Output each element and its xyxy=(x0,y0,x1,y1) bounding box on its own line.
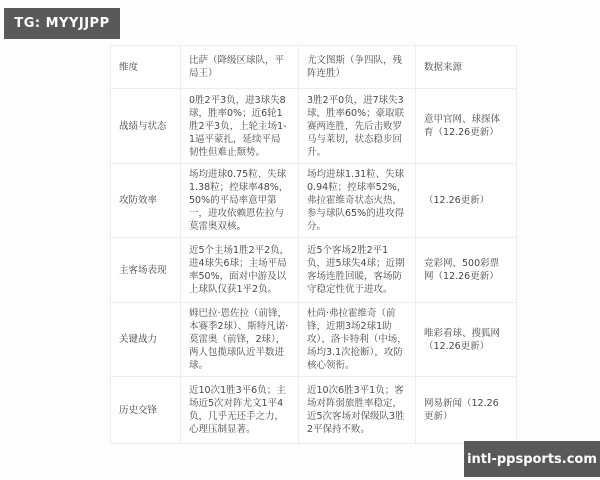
table-row-attack-defense: 攻防效率 场均进球0.75粒、失球1.38粒；控球率48%，50%的平局率意甲第… xyxy=(111,164,517,238)
header-dimension: 维度 xyxy=(111,46,181,89)
table-row-key-players: 关键战力 姆巴拉·恩佐拉（前锋，本赛季2球）、斯特凡诺·莫雷奥（前锋，2球），两… xyxy=(111,303,517,377)
juventus-home-away-cell: 近5个客场2胜2平1负，进5球失4球；近期客场连胜回暖，客场防守稳定性优于进攻。 xyxy=(299,238,416,303)
juventus-key-players-cell: 杜尚·弗拉霍维奇（前锋，近期3场2球1助攻）、洛卡特利（中场，场均3.1次抢断）… xyxy=(299,303,416,377)
table-row-record-status: 战绩与状态 0胜2平3负，进3球失8球，胜率0%；近6轮1胜2平3负，上轮主场1… xyxy=(111,89,517,164)
pisa-home-away-cell: 近5个主场1胜2平2负，进4球失6球；主场平局率50%，面对中游及以上球队仅获1… xyxy=(181,238,299,303)
pisa-head-to-head-cell: 近10次1胜3平6负；主场近5次对阵尤文1平4负，几乎无还手之力，心理压制显著。 xyxy=(181,377,299,444)
source-home-away-cell: 竞彩网、500彩票网（12.26更新） xyxy=(416,238,517,303)
row-label-key-players: 关键战力 xyxy=(111,303,181,377)
juventus-head-to-head-cell: 近10次6胜3平1负；客场对阵弱旅胜率稳定，近5次客场对保级队3胜2平保持不败。 xyxy=(299,377,416,444)
table-row-head-to-head: 历史交锋 近10次1胜3平6负；主场近5次对阵尤文1平4负，几乎无还手之力，心理… xyxy=(111,377,517,444)
pisa-attack-defense-cell: 场均进球0.75粒、失球1.38粒；控球率48%，50%的平局率意甲第一，进攻依… xyxy=(181,164,299,238)
juventus-attack-defense-cell: 场均进球1.31粒、失球0.94粒；控球率52%，弗拉霍维奇状态火热，参与球队6… xyxy=(299,164,416,238)
source-record-status-cell: 意甲官网、球探体育（12.26更新） xyxy=(416,89,517,164)
watermark-badge: intl-ppsports.com xyxy=(464,441,600,477)
source-head-to-head-cell: 网易新闻（12.26更新） xyxy=(416,377,517,444)
tg-badge: TG: MYYJJPP xyxy=(4,8,120,39)
source-key-players-cell: 唯彩看球、搜狐网（12.26更新） xyxy=(416,303,517,377)
row-label-record-status: 战绩与状态 xyxy=(111,89,181,164)
row-label-head-to-head: 历史交锋 xyxy=(111,377,181,444)
pisa-key-players-cell: 姆巴拉·恩佐拉（前锋，本赛季2球）、斯特凡诺·莫雷奥（前锋，2球），两人包揽球队… xyxy=(181,303,299,377)
header-data-source: 数据来源 xyxy=(416,46,517,89)
source-attack-defense-cell: （12.26更新） xyxy=(416,164,517,238)
juventus-record-status-cell: 3胜2平0负，进7球失3球，胜率60%；豪取联赛两连胜，先后击败罗马与莱切，状态… xyxy=(299,89,416,164)
row-label-attack-defense: 攻防效率 xyxy=(111,164,181,238)
table-row-home-away: 主客场表现 近5个主场1胜2平2负，进4球失6球；主场平局率50%，面对中游及以… xyxy=(111,238,517,303)
header-team-juventus: 尤文图斯（争四队，残阵连胜） xyxy=(299,46,416,89)
team-comparison-table: 维度 比萨（降级区球队，平局王） 尤文图斯（争四队，残阵连胜） 数据来源 战绩与… xyxy=(110,45,517,444)
pisa-record-status-cell: 0胜2平3负，进3球失8球，胜率0%；近6轮1胜2平3负，上轮主场1-1逼平蒙扎… xyxy=(181,89,299,164)
page-background: TG: MYYJJPP 维度 比萨（降级区球队，平局王） 尤文图斯（争四队，残阵… xyxy=(0,0,600,480)
row-label-home-away: 主客场表现 xyxy=(111,238,181,303)
tg-badge-label: TG: MYYJJPP xyxy=(14,16,109,31)
table-header-row: 维度 比萨（降级区球队，平局王） 尤文图斯（争四队，残阵连胜） 数据来源 xyxy=(111,46,517,89)
watermark-label: intl-ppsports.com xyxy=(467,452,597,467)
header-team-pisa: 比萨（降级区球队，平局王） xyxy=(181,46,299,89)
